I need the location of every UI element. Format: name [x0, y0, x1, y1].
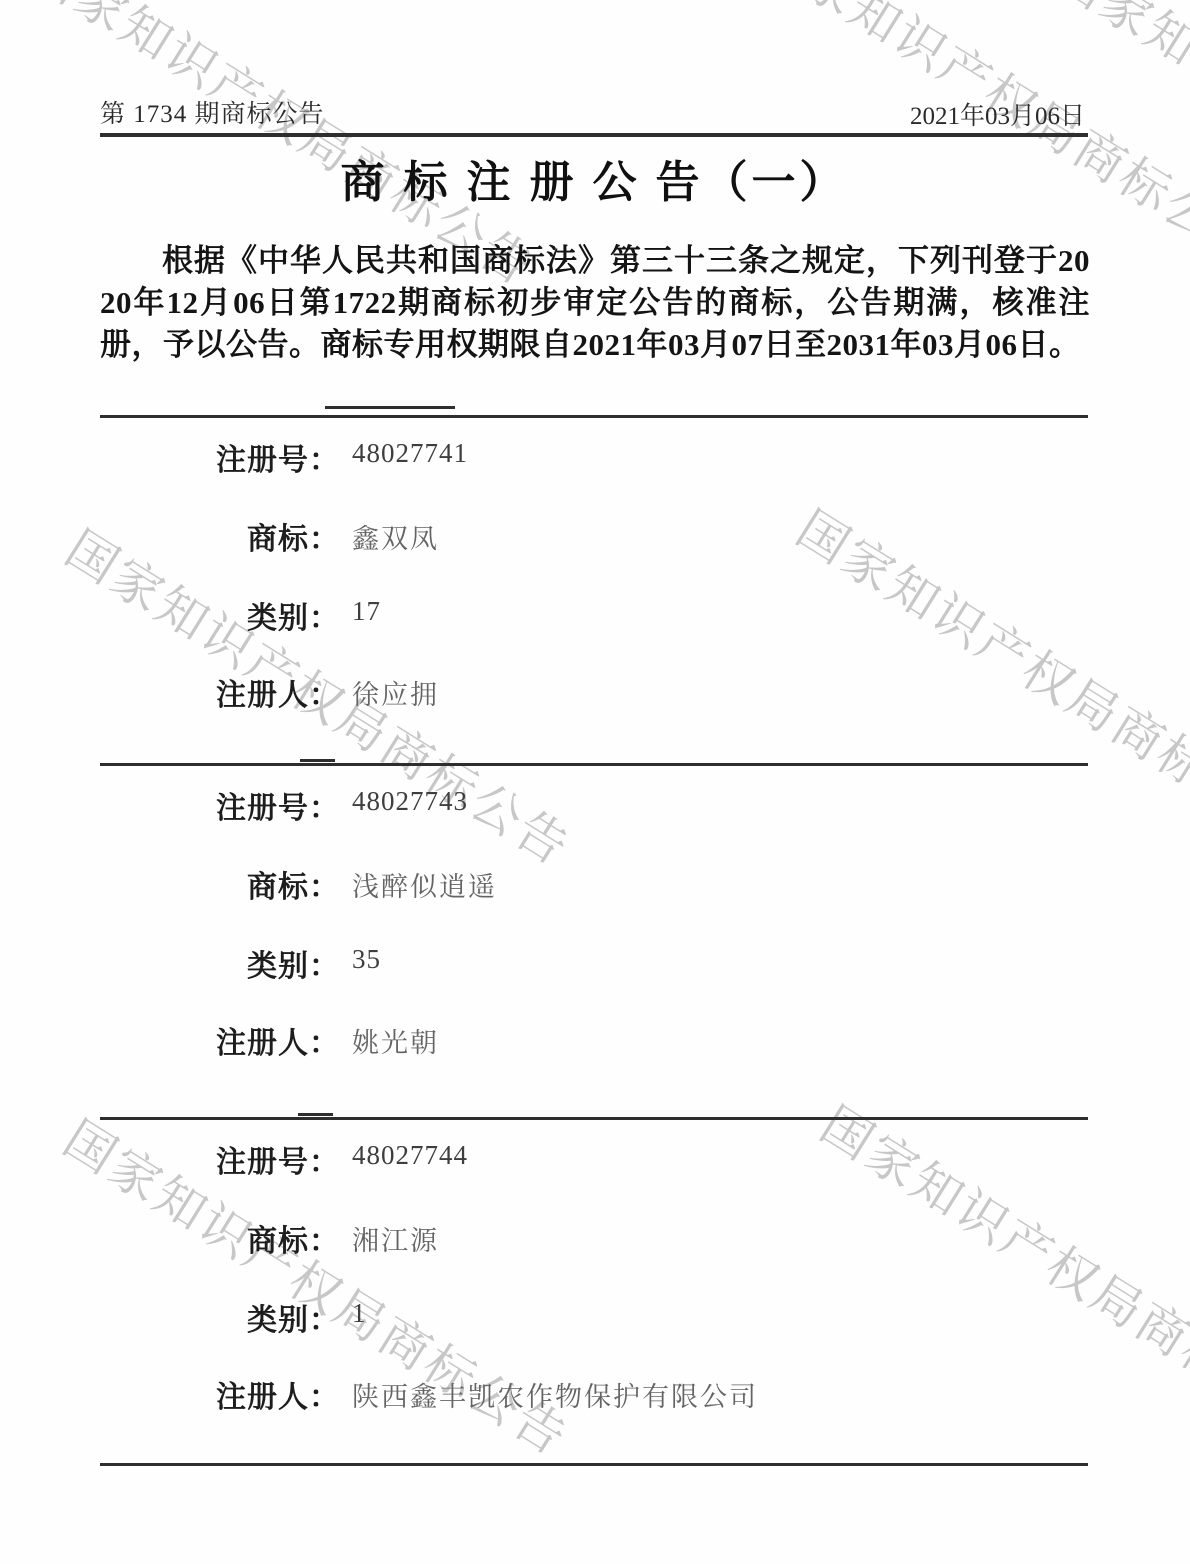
field-value-registrant: 陕西鑫丰凯农作物保护有限公司 [352, 1375, 758, 1414]
field-label-reg-no: 注册号： [100, 783, 340, 827]
record-row-registrant: 注册人： 陕西鑫丰凯农作物保护有限公司 [100, 1372, 1090, 1410]
gazette-page: 国家知识产权局商标公告 国家知识产权局商标公告 国家知识产权局商标公告 国家知识… [0, 0, 1190, 1564]
field-label-trademark: 商标： [100, 1216, 340, 1260]
field-value-class: 1 [352, 1298, 367, 1329]
record-row-registrant: 注册人： 徐应拥 [100, 670, 1090, 708]
field-label-reg-no: 注册号： [100, 1137, 340, 1181]
registration-record: 注册号： 48027741 商标： 鑫双凤 类别： 17 注册人： 徐应拥 [100, 415, 1090, 763]
record-row-reg-no: 注册号： 48027744 [100, 1137, 1090, 1175]
intro-paragraph: 根据《中华人民共和国商标法》第三十三条之规定，下列刊登于2020年12月06日第… [100, 240, 1090, 366]
record-row-trademark: 商标： 浅醉似逍遥 [100, 862, 1090, 900]
field-value-registrant: 姚光朝 [352, 1021, 439, 1060]
record-row-trademark: 商标： 鑫双凤 [100, 514, 1090, 552]
page-title: 商 标 注 册 公 告（一） [100, 146, 1088, 210]
record-row-registrant: 注册人： 姚光朝 [100, 1018, 1090, 1056]
field-value-reg-no: 48027743 [352, 786, 468, 817]
field-label-registrant: 注册人： [100, 1372, 340, 1416]
field-label-class: 类别： [100, 593, 340, 637]
field-value-reg-no: 48027744 [352, 1140, 468, 1171]
scan-artifact-dash [300, 759, 335, 762]
record-row-reg-no: 注册号： 48027743 [100, 783, 1090, 821]
field-label-reg-no: 注册号： [100, 435, 340, 479]
field-value-reg-no: 48027741 [352, 438, 468, 469]
bottom-rule [100, 1463, 1088, 1466]
record-row-reg-no: 注册号： 48027741 [100, 435, 1090, 473]
record-row-trademark: 商标： 湘江源 [100, 1216, 1090, 1254]
field-value-registrant: 徐应拥 [352, 673, 439, 712]
field-label-trademark: 商标： [100, 514, 340, 558]
header-issue-label: 第 1734 期商标公告 [100, 94, 325, 130]
registration-record: 注册号： 48027744 商标： 湘江源 类别： 1 注册人： 陕西鑫丰凯农作… [100, 1117, 1090, 1465]
field-label-registrant: 注册人： [100, 670, 340, 714]
field-label-class: 类别： [100, 941, 340, 985]
field-label-class: 类别： [100, 1295, 340, 1339]
header-date: 2021年03月06日 [910, 96, 1085, 132]
record-row-class: 类别： 35 [100, 941, 1090, 979]
registration-record: 注册号： 48027743 商标： 浅醉似逍遥 类别： 35 注册人： 姚光朝 [100, 763, 1090, 1111]
field-label-registrant: 注册人： [100, 1018, 340, 1062]
field-value-trademark: 鑫双凤 [352, 517, 439, 556]
record-row-class: 类别： 1 [100, 1295, 1090, 1333]
scan-artifact-dash [298, 1113, 333, 1116]
field-value-trademark: 浅醉似逍遥 [352, 865, 497, 904]
record-row-class: 类别： 17 [100, 593, 1090, 631]
field-value-class: 35 [352, 944, 381, 975]
field-value-trademark: 湘江源 [352, 1219, 439, 1258]
scan-artifact-dash [325, 406, 455, 409]
header-rule [100, 133, 1088, 137]
field-value-class: 17 [352, 596, 381, 627]
field-label-trademark: 商标： [100, 862, 340, 906]
